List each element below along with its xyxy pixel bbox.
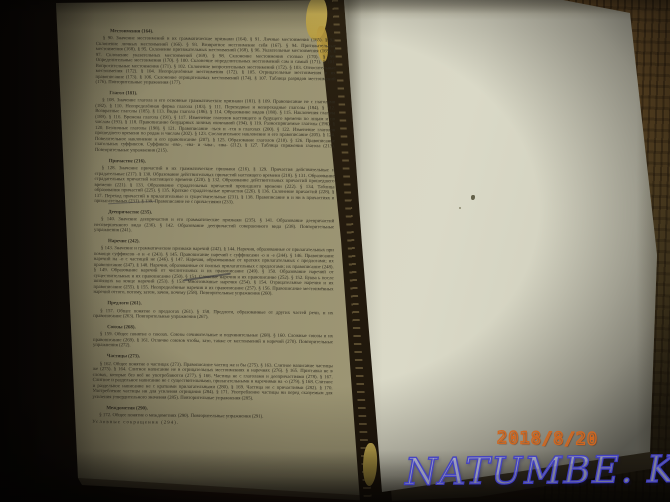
toc-section: Деепричастие (235). § 140. Значение дееп… [94, 210, 334, 236]
toc-section: Глагол (181). § 108. Значение глагола и … [95, 91, 336, 155]
section-body: § 159. Общее понятие о союзах. Союзы соч… [93, 332, 333, 351]
section-body: § 172. Общее понятие о междометиях (290)… [92, 413, 332, 421]
page-speck-small [459, 207, 461, 209]
section-body: § 143. Значение и грамматические признак… [93, 246, 333, 298]
toc-section: Местоимения (164). § 90. Значение местои… [95, 29, 336, 88]
section-body: § 162. Общее понятие о частицах (273). П… [92, 361, 332, 402]
section-body: § 90. Значение местоимений и их граммати… [95, 36, 335, 88]
toc-section: Частицы (273). § 162. Общее понятие о ча… [92, 354, 332, 402]
section-body: § 157. Общее понятие о предлогах (261). … [93, 309, 333, 322]
section-body: § 140. Значение деепричастия и его грамм… [94, 217, 334, 236]
section-body: § 128. Значение причастий и их грамматич… [94, 166, 334, 207]
toc-section: Причастие (216). § 128. Значение причаст… [94, 159, 334, 207]
section-body: § 108. Значение глагола и его основные г… [95, 98, 336, 155]
book-photo-scene: Местоимения (164). § 90. Значение местои… [0, 0, 670, 502]
toc-section: Союзы (268). § 159. Общее понятие о союз… [93, 325, 333, 351]
toc-section: Междометия (290). § 172. Общее понятие о… [92, 405, 332, 420]
site-watermark: NATUMBE. KZ [405, 447, 670, 493]
table-of-contents: Местоимения (164). § 90. Значение местои… [92, 29, 336, 428]
toc-section-list: Местоимения (164). § 90. Значение местои… [92, 29, 336, 420]
toc-section: Наречие (242). § 143. Значение и граммат… [93, 239, 334, 298]
camera-date-stamp: 2018/8/20 [497, 428, 598, 449]
toc-section: Предлоги (261). § 157. Общее понятие о п… [93, 301, 333, 321]
